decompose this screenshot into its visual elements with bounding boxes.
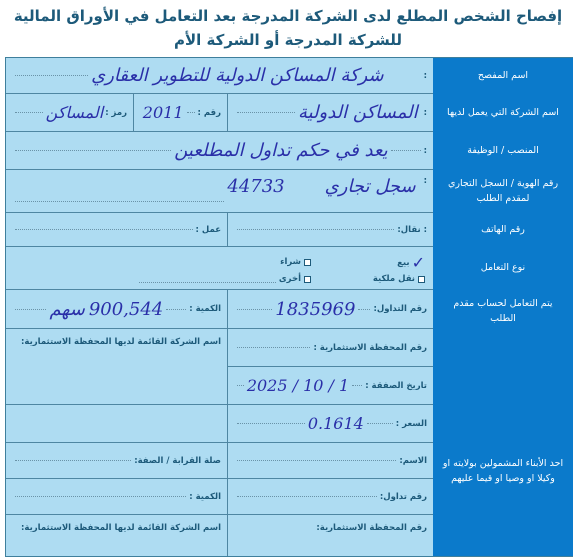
label-position: المنصب / الوظيفة — [433, 131, 573, 169]
company-symbol-field[interactable]: رمز : المساكن — [6, 94, 133, 131]
label-id-number: رقم الهوية / السجل التجاري لمقدم الطلب — [433, 169, 573, 212]
checked-checkbox-icon[interactable]: ✓ — [412, 253, 425, 272]
trading-number-value: 1835969 — [275, 299, 355, 320]
empty-cell — [6, 405, 227, 442]
id-type-value: سجل تجاري — [325, 176, 416, 197]
position-value: يعد في حكم تداول المطلعين — [174, 140, 387, 161]
option-sell[interactable]: ✓ بيع — [397, 253, 425, 272]
position-field[interactable]: : يعد في حكم تداول المطلعين — [6, 132, 433, 169]
dependent-relation-field[interactable]: صلة القرابة / الصفة: — [6, 443, 227, 478]
option-buy[interactable]: شراء — [280, 257, 311, 267]
label-column: اسم المفصح اسم الشركة التي يعمل لديها ال… — [433, 58, 573, 556]
form-title-line-1: إفصاح الشخص المطلع لدى الشركة المدرجة بع… — [0, 4, 576, 28]
discloser-name-field[interactable]: : شركة المساكن الدولية للتطوير العقاري — [6, 58, 433, 93]
portfolio-company-field[interactable]: اسم الشركة القائمة لديها المحفظة الاستثم… — [6, 329, 227, 404]
dependent-portfolio-company-field[interactable]: اسم الشركة القائمة لديها المحفظة الاستثم… — [6, 515, 227, 556]
dependent-portfolio-number-field[interactable]: رقم المحفظة الاستثمارية: — [228, 515, 433, 556]
checkbox-icon[interactable] — [418, 276, 425, 283]
checkbox-icon[interactable] — [304, 259, 311, 266]
dependent-trading-number-field[interactable]: رقم تداول: — [228, 479, 433, 514]
portfolio-number-field[interactable]: رقم المحفظة الاستثمارية : — [228, 329, 433, 366]
label-transaction-type: نوع التعامل — [433, 246, 573, 288]
label-employer-company: اسم الشركة التي يعمل لديها — [433, 93, 573, 131]
mobile-phone-field[interactable]: : نقال: — [228, 213, 433, 246]
label-dependents: احد الأبناء المشمولين بولايته او وكيلا ا… — [433, 450, 573, 492]
company-number-field[interactable]: رقم : 2011 — [134, 94, 227, 131]
id-number-field[interactable]: : سجل تجاري 44733 — [6, 170, 433, 212]
company-number-value: 2011 — [143, 103, 184, 122]
deal-date-value: 2025 / 10 / 1 — [247, 376, 349, 395]
price-field[interactable]: السعر : 0.1614 — [228, 405, 433, 442]
quantity-value: 900,544 — [89, 299, 163, 320]
label-phone: رقم الهاتف — [433, 212, 573, 246]
form-title: إفصاح الشخص المطلع لدى الشركة المدرجة بع… — [0, 4, 576, 52]
form-title-line-2: للشركة المدرجة أو الشركة الأم — [0, 28, 576, 52]
checkbox-icon[interactable] — [304, 276, 311, 283]
transaction-type-options: ✓ بيع شراء نقل ملكية أخرى — [6, 247, 433, 289]
employer-company-value: المساكن الدولية — [298, 102, 418, 123]
dependent-name-field[interactable]: الاسم: — [228, 443, 433, 478]
price-value: 0.1614 — [308, 414, 364, 433]
trading-number-field[interactable]: رقم التداول: 1835969 — [228, 290, 433, 328]
quantity-unit: سهم — [49, 299, 84, 320]
deal-date-field[interactable]: تاريخ الصفقة : 2025 / 10 / 1 — [228, 367, 433, 404]
label-applicant-account: يتم التعامل لحساب مقدم الطلب — [433, 290, 573, 332]
option-transfer-ownership[interactable]: نقل ملكية — [373, 274, 425, 284]
employer-company-field[interactable]: : المساكن الدولية — [228, 94, 433, 131]
discloser-name-value: شركة المساكن الدولية للتطوير العقاري — [91, 65, 383, 86]
work-phone-field[interactable]: عمل : — [6, 213, 227, 246]
option-other[interactable]: أخرى — [136, 274, 311, 284]
dependent-quantity-field[interactable]: الكمية : — [6, 479, 227, 514]
company-symbol-value: المساكن — [46, 103, 104, 122]
quantity-field[interactable]: الكمية : 900,544 سهم — [6, 290, 227, 328]
id-number-value: 44733 — [227, 176, 284, 197]
disclosure-form: اسم المفصح اسم الشركة التي يعمل لديها ال… — [5, 57, 573, 557]
label-discloser-name: اسم المفصح — [433, 58, 573, 93]
